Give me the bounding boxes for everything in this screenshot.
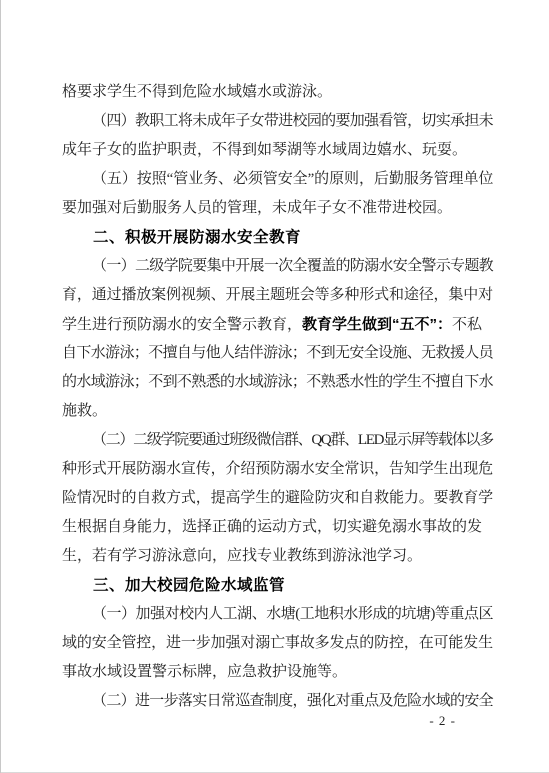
text-segment: （二）二级学院要通过班级微信群、QQ群、LED显示屏等载体以多 [92,432,493,448]
document-body: 格要求学生不得到危险水域嬉水或游泳。（四）教职工将未成年子女带进校园的要加强看管… [62,78,493,716]
section-heading: 三、加大校园危险水域监管 [62,571,493,600]
text-segment: 域的安全管控，进一步加强对溺亡事故多发点的防控，在可能发生 [62,635,493,651]
document-line: 施救。 [62,397,493,426]
document-line: 要加强对后勤服务人员的管理，未成年子女不准带进校园。 [62,194,493,223]
text-segment: 险情况时的自救方式，提高学生的避险防灾和自救能力。要教育学 [62,490,493,506]
text-segment: 自下水游泳；不擅自与他人结伴游泳；不到无安全设施、无救援人员 [62,345,493,361]
document-page: 格要求学生不得到危险水域嬉水或游泳。（四）教职工将未成年子女带进校园的要加强看管… [0,0,549,773]
document-line: （一）加强对校内人工湖、水塘(工地积水形成的坑塘)等重点区 [62,600,493,629]
page-number: - 2 - [429,713,456,729]
section-heading: 二、积极开展防溺水安全教育 [62,223,493,252]
text-segment: 事故水域设置警示标牌，应急救护设施等。 [62,664,347,680]
document-line: 域的安全管控，进一步加强对溺亡事故多发点的防控，在可能发生 [62,629,493,658]
text-segment: 生根据自身能力，选择正确的运动方式，切实避免溺水事故的发 [62,519,482,535]
text-segment: （一）加强对校内人工湖、水塘(工地积水形成的坑塘)等重点区 [92,606,493,622]
text-segment: （五）按照“管业务、必须管安全”的原则，后勤服务管理单位 [92,171,493,187]
document-line: 成年子女的监护职责，不得到如琴湖等水域周边嬉水、玩耍。 [62,136,493,165]
text-segment: 要加强对后勤服务人员的管理，未成年子女不准带进校园。 [62,200,452,216]
document-line: （一）二级学院要集中开展一次全覆盖的防溺水安全警示专题教 [62,252,493,281]
document-line: （二）二级学院要通过班级微信群、QQ群、LED显示屏等载体以多 [62,426,493,455]
bold-text-segment: 三、加大校园危险水域监管 [93,577,285,594]
document-line: 事故水域设置警示标牌，应急救护设施等。 [62,658,493,687]
document-line: 种形式开展防溺水宣传，介绍预防溺水安全常识，告知学生出现危 [62,455,493,484]
document-line: 自下水游泳；不擅自与他人结伴游泳；不到无安全设施、无救援人员 [62,339,493,368]
document-line: 的水域游泳；不到不熟悉的水域游泳；不熟悉水性的学生不擅自下水 [62,368,493,397]
text-segment: （二）进一步落实日常巡查制度，强化对重点及危险水域的安全 [92,693,493,709]
text-segment: （一）二级学院要集中开展一次全覆盖的防溺水安全警示专题教 [92,258,493,274]
text-segment: 的水域游泳；不到不熟悉的水域游泳；不熟悉水性的学生不擅自下水 [62,374,493,390]
document-line: 生根据自身能力，选择正确的运动方式，切实避免溺水事故的发 [62,513,493,542]
text-segment: （四）教职工将未成年子女带进校园的要加强看管，切实承担未 [92,113,493,129]
document-line: 生，若有学习游泳意向，应找专业教练到游泳池学习。 [62,542,493,571]
document-line: 学生进行预防溺水的安全警示教育，教育学生做到“五不”：不私 [62,310,493,339]
document-line: 险情况时的自救方式，提高学生的避险防灾和自救能力。要教育学 [62,484,493,513]
bold-text-segment: 教育学生做到“五不”： [302,316,452,333]
text-segment: 学生进行预防溺水的安全警示教育， [62,317,302,333]
document-line: 育，通过播放案例视频、开展主题班会等多种形式和途径，集中对 [62,281,493,310]
text-segment: 育，通过播放案例视频、开展主题班会等多种形式和途径，集中对 [62,287,493,303]
document-line: （二）进一步落实日常巡查制度，强化对重点及危险水域的安全 [62,687,493,716]
text-segment: 成年子女的监护职责，不得到如琴湖等水域周边嬉水、玩耍。 [62,142,467,158]
document-line: （四）教职工将未成年子女带进校园的要加强看管，切实承担未 [62,107,493,136]
document-line: （五）按照“管业务、必须管安全”的原则，后勤服务管理单位 [62,165,493,194]
bold-text-segment: 二、积极开展防溺水安全教育 [93,229,301,246]
text-segment: 格要求学生不得到危险水域嬉水或游泳。 [62,84,332,100]
text-segment: 种形式开展防溺水宣传，介绍预防溺水安全常识，告知学生出现危 [62,461,493,477]
text-segment: 施救。 [62,403,107,419]
text-segment: 生，若有学习游泳意向，应找专业教练到游泳池学习。 [62,548,422,564]
document-line: 格要求学生不得到危险水域嬉水或游泳。 [62,78,493,107]
text-segment: 不私 [452,317,482,333]
